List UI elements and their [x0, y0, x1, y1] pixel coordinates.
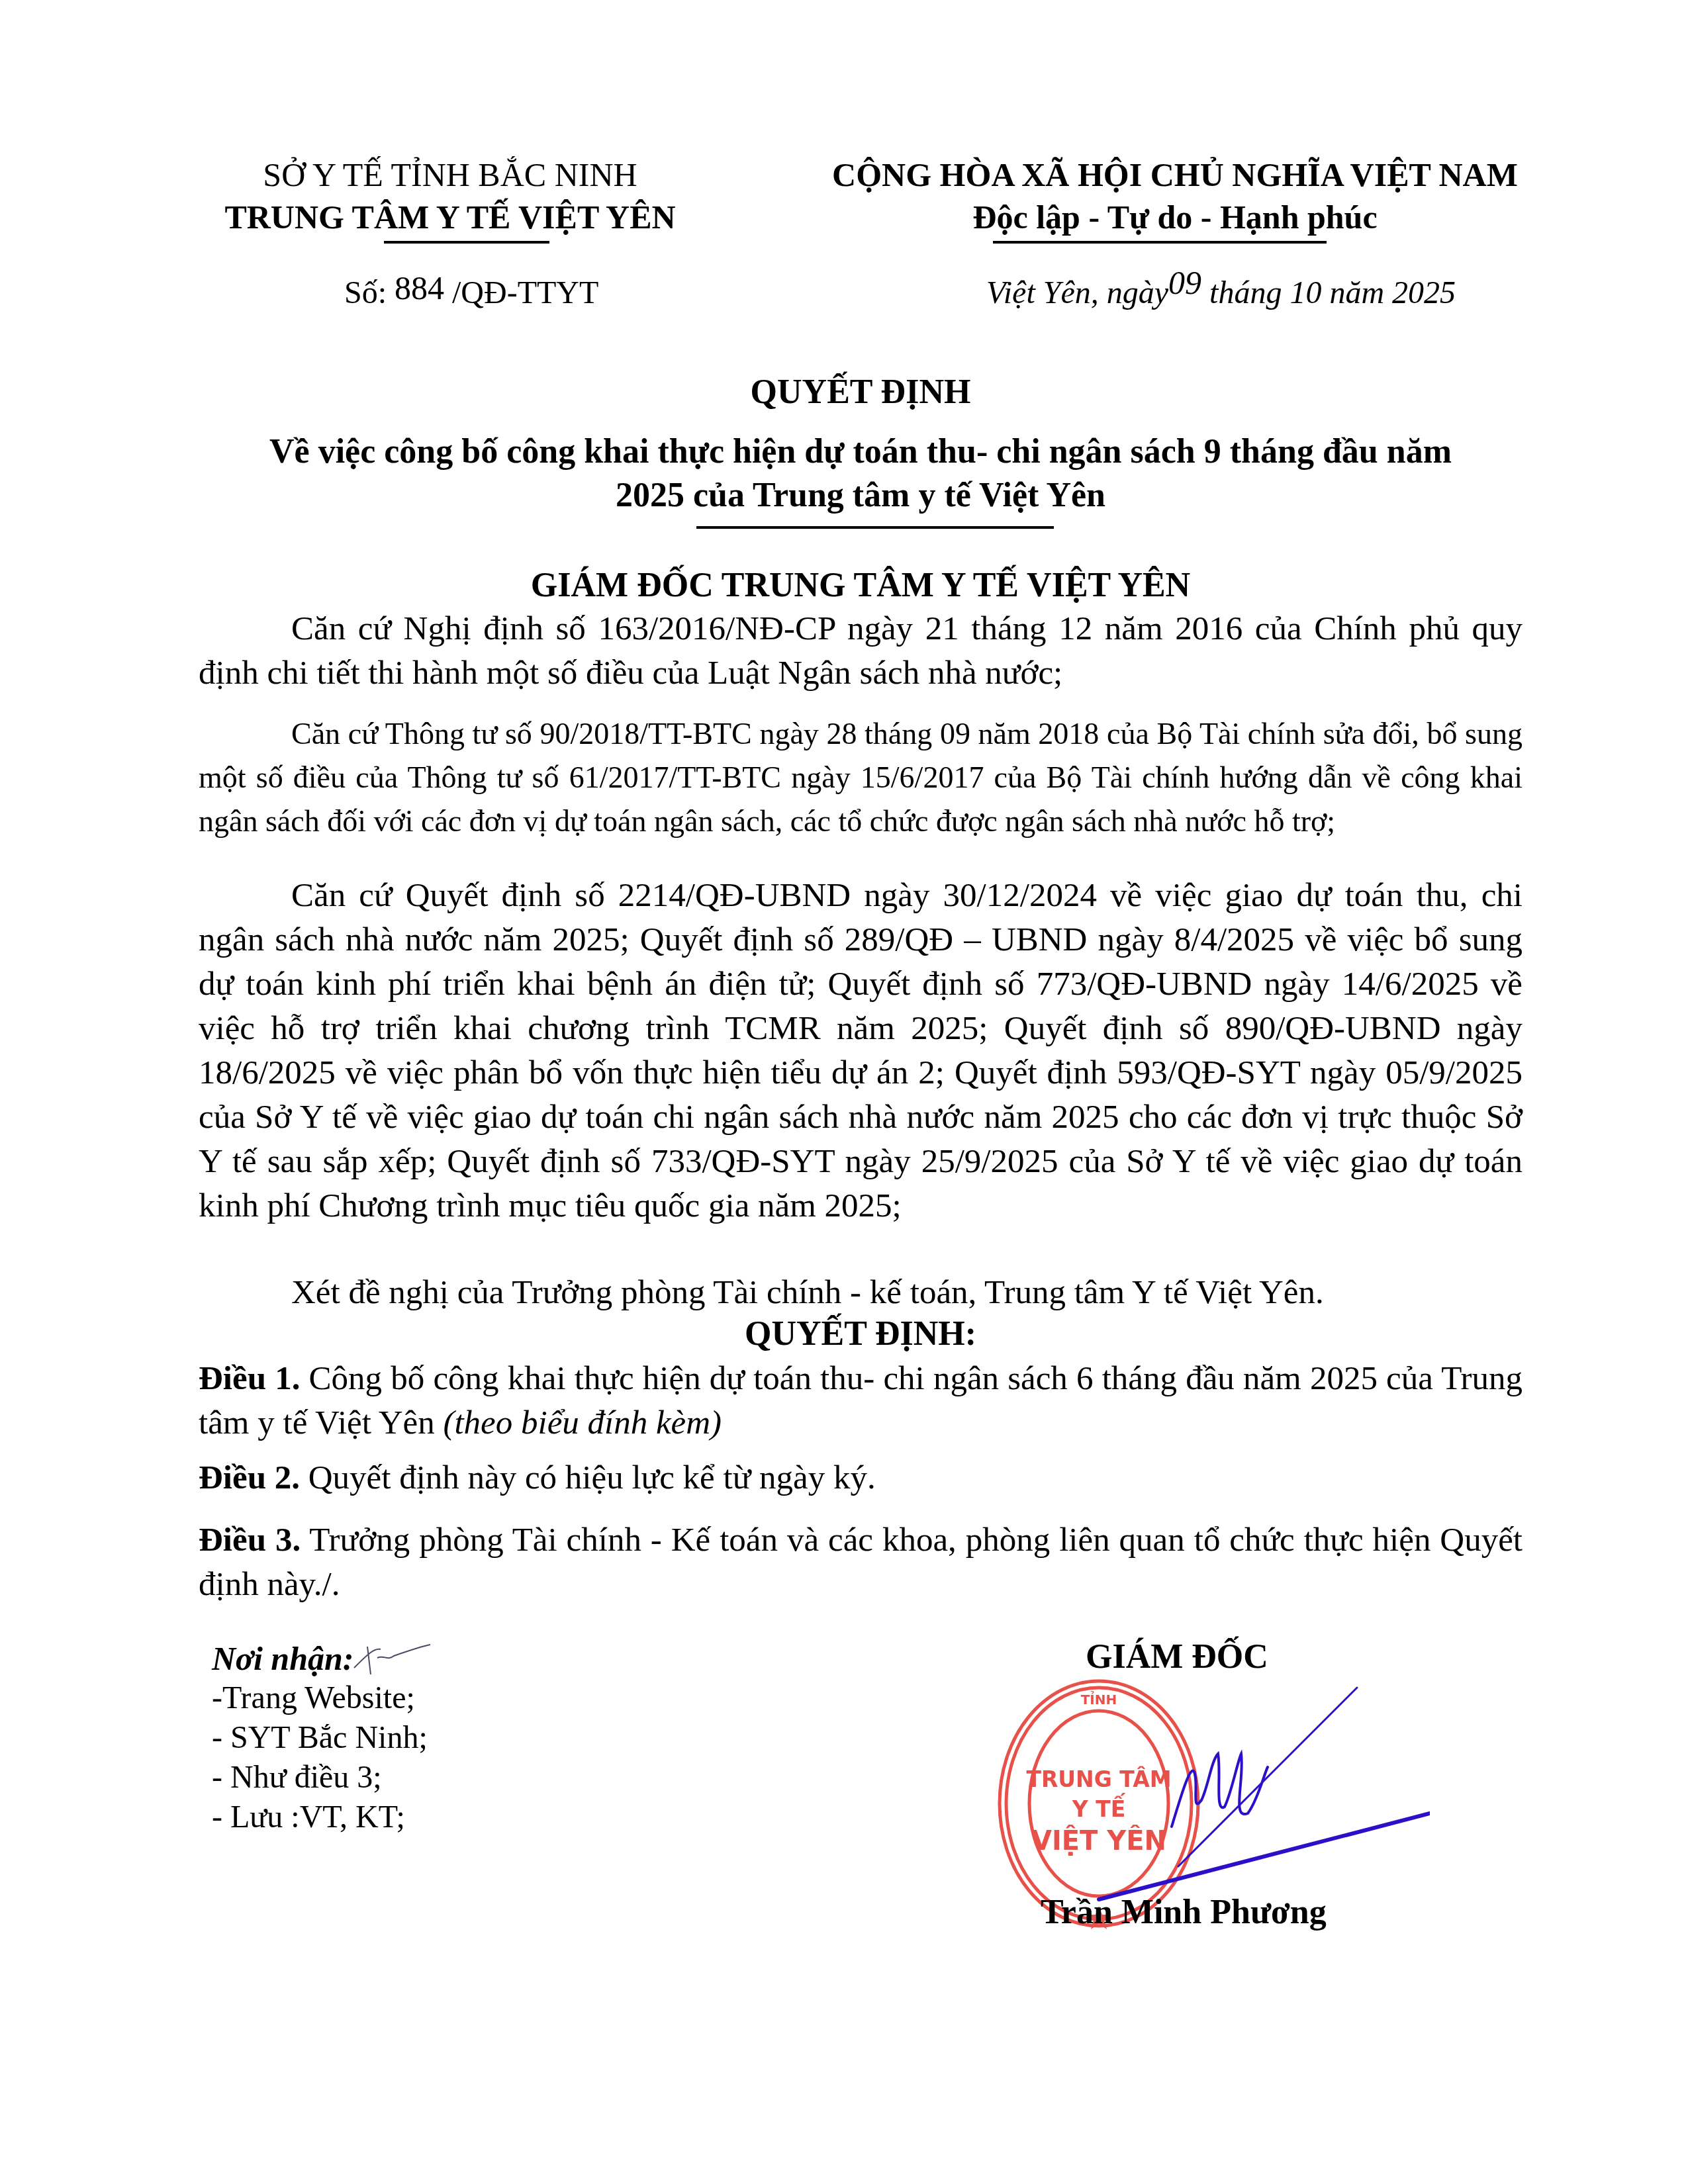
motto-underline [993, 241, 1327, 244]
country-name: CỘNG HÒA XÃ HỘI CHỦ NGHĨA VIỆT NAM [791, 154, 1559, 196]
legal-basis-3: Căn cứ Quyết định số 2214/QĐ-UBND ngày 3… [199, 874, 1523, 1228]
director-signature-icon [1059, 1681, 1430, 1919]
recipient-item: - SYT Bắc Ninh; [212, 1718, 428, 1758]
recipient-item: - Lưu :VT, KT; [212, 1797, 428, 1837]
document-number-prefix: Số: [344, 275, 387, 310]
issue-day: 09 [1168, 264, 1201, 301]
proposal-basis: Xét đề nghị của Trưởng phòng Tài chính -… [199, 1271, 1523, 1315]
document-subject-line-1: Về việc công bố công khai thực hiện dự t… [165, 430, 1556, 474]
document-number: Số: 884 /QĐ-TTYT [344, 273, 598, 311]
department-name: SỞ Y TẾ TỈNH BẮC NINH [165, 154, 735, 196]
article-2-text: Quyết định này có hiệu lực kể từ ngày ký… [300, 1459, 876, 1496]
article-3: Điều 3. Trưởng phòng Tài chính - Kế toán… [199, 1518, 1523, 1607]
article-1-note: (theo biểu đính kèm) [443, 1404, 722, 1441]
article-3-text: Trưởng phòng Tài chính - Kế toán và các … [199, 1522, 1523, 1603]
signer-name: Trần Minh Phương [1041, 1893, 1327, 1932]
issuing-authority-block: SỞ Y TẾ TỈNH BẮC NINH TRUNG TÂM Y TẾ VIỆ… [165, 154, 735, 238]
legal-basis-1: Căn cứ Nghị định số 163/2016/NĐ-CP ngày … [199, 607, 1523, 696]
initials-mark-icon [348, 1641, 434, 1681]
article-2-label: Điều 2. [199, 1459, 300, 1496]
national-title-block: CỘNG HÒA XÃ HỘI CHỦ NGHĨA VIỆT NAM Độc l… [791, 154, 1559, 238]
article-1-label: Điều 1. [199, 1360, 300, 1397]
recipient-item: -Trang Website; [212, 1678, 428, 1718]
article-1: Điều 1. Công bố công khai thực hiện dự t… [199, 1357, 1523, 1445]
article-3-label: Điều 3. [199, 1522, 301, 1559]
decision-heading: QUYẾT ĐỊNH: [165, 1312, 1556, 1356]
issue-date: Việt Yên, ngày09 tháng 10 năm 2025 [986, 273, 1456, 311]
recipient-item: - Như điều 3; [212, 1758, 428, 1797]
document-title: QUYẾT ĐỊNH [165, 371, 1556, 414]
document-subject-line-2: 2025 của Trung tâm y tế Việt Yên [165, 474, 1556, 518]
organization-underline [384, 241, 549, 244]
document-number-value: 884 [395, 269, 444, 306]
issue-place: Việt Yên, ngày [986, 275, 1168, 310]
subject-underline [696, 526, 1054, 529]
organization-name: TRUNG TÂM Y TẾ VIỆT YÊN [165, 196, 735, 238]
article-2: Điều 2. Quyết định này có hiệu lực kể từ… [199, 1456, 1523, 1500]
issuing-authority-heading: GIÁM ĐỐC TRUNG TÂM Y TẾ VIỆT YÊN [165, 564, 1556, 608]
document-number-suffix: /QĐ-TTYT [452, 275, 598, 310]
legal-basis-2: Căn cứ Thông tư số 90/2018/TT-BTC ngày 2… [199, 712, 1523, 843]
national-motto: Độc lập - Tự do - Hạnh phúc [791, 196, 1559, 238]
issue-month-year: tháng 10 năm 2025 [1209, 275, 1456, 310]
article-1-text: Công bố công khai thực hiện dự toán thu-… [199, 1360, 1523, 1441]
